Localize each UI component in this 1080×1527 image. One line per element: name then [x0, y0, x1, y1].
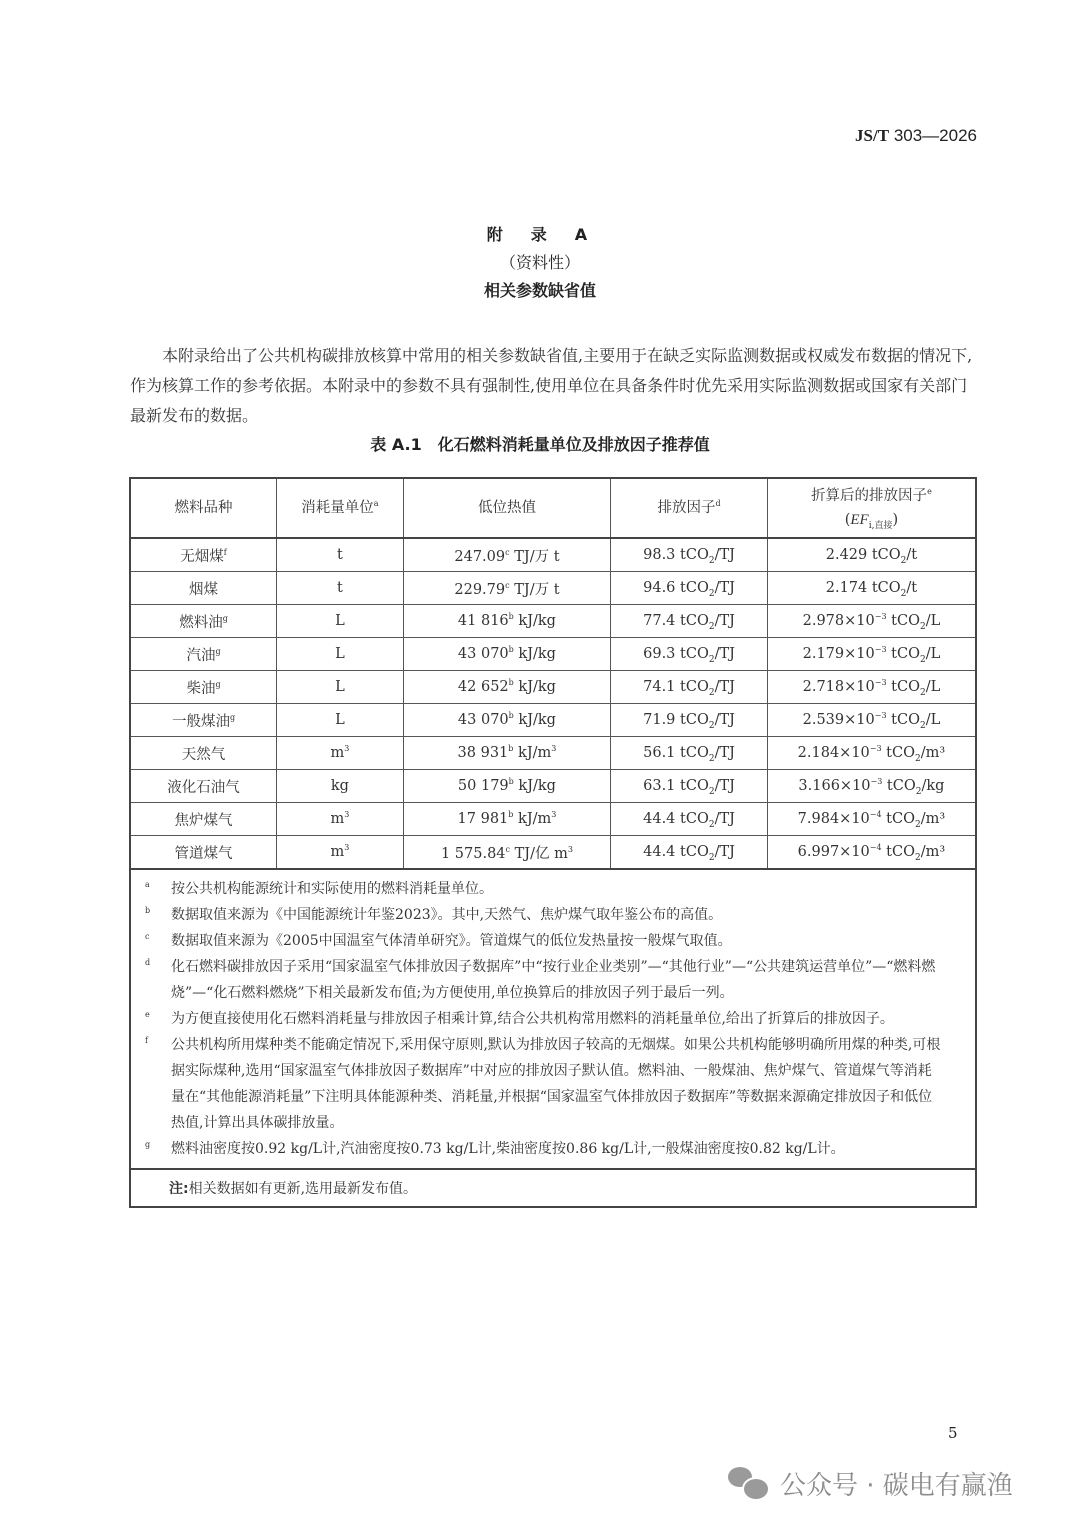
cell-unit: t	[277, 538, 404, 572]
cell-ef: 94.6 tCO2/TJ	[611, 572, 768, 605]
header-fuel: 燃料品种	[130, 478, 277, 538]
cell-converted-ef: 2.184×10−3 tCO2/m³	[767, 737, 976, 770]
appendix-name: 相关参数缺省值	[0, 278, 1080, 306]
header-converted-ef: 折算后的排放因子e (EFi,直接)	[767, 478, 976, 538]
cell-converted-ef: 7.984×10−4 tCO2/m³	[767, 803, 976, 836]
cell-fuel: 汽油g	[130, 638, 277, 671]
cell-ncv: 42 652b kJ/kg	[403, 671, 611, 704]
table-row: 烟煤t229.79c TJ/万 t94.6 tCO2/TJ2.174 tCO2/…	[130, 572, 976, 605]
cell-converted-ef: 3.166×10−3 tCO2/kg	[767, 770, 976, 803]
table-remark: 注:相关数据如有更新,选用最新发布值。	[130, 1169, 976, 1207]
watermark-text: 公众号 · 碳电有赢渔	[780, 1465, 1013, 1502]
cell-fuel: 液化石油气	[130, 770, 277, 803]
cell-ef: 77.4 tCO2/TJ	[611, 605, 768, 638]
cell-ncv: 247.09c TJ/万 t	[403, 538, 611, 572]
appendix-title: 附 录 A	[0, 222, 1080, 250]
cell-ncv: 229.79c TJ/万 t	[403, 572, 611, 605]
intro-paragraph: 本附录给出了公共机构碳排放核算中常用的相关参数缺省值,主要用于在缺乏实际监测数据…	[130, 341, 980, 431]
cell-fuel: 燃料油g	[130, 605, 277, 638]
cell-unit: m3	[277, 803, 404, 836]
cell-unit: L	[277, 671, 404, 704]
cell-ef: 74.1 tCO2/TJ	[611, 671, 768, 704]
cell-unit: L	[277, 704, 404, 737]
cell-converted-ef: 2.174 tCO2/t	[767, 572, 976, 605]
table-row: 焦炉煤气m317 981b kJ/m344.4 tCO2/TJ7.984×10−…	[130, 803, 976, 836]
table-footnote: a按公共机构能源统计和实际使用的燃料消耗量单位。	[171, 876, 945, 902]
table-footnote: e为方便直接使用化石燃料消耗量与排放因子相乘计算,结合公共机构常用燃料的消耗量单…	[171, 1006, 945, 1032]
cell-ef: 44.4 tCO2/TJ	[611, 836, 768, 870]
cell-fuel: 天然气	[130, 737, 277, 770]
cell-unit: t	[277, 572, 404, 605]
table-footnote: d化石燃料碳排放因子采用“国家温室气体排放因子数据库”中“按行业企业类别”—“其…	[171, 954, 945, 1006]
table-row: 液化石油气kg50 179b kJ/kg63.1 tCO2/TJ3.166×10…	[130, 770, 976, 803]
cell-converted-ef: 2.179×10−3 tCO2/L	[767, 638, 976, 671]
cell-ncv: 50 179b kJ/kg	[403, 770, 611, 803]
cell-unit: m3	[277, 737, 404, 770]
table-notes-row: a按公共机构能源统计和实际使用的燃料消耗量单位。b数据取值来源为《中国能源统计年…	[130, 869, 976, 1169]
table-footnote: b数据取值来源为《中国能源统计年鉴2023》。其中,天然气、焦炉煤气取年鉴公布的…	[171, 902, 945, 928]
table-row: 柴油gL42 652b kJ/kg74.1 tCO2/TJ2.718×10−3 …	[130, 671, 976, 704]
cell-ef: 44.4 tCO2/TJ	[611, 803, 768, 836]
cell-converted-ef: 2.978×10−3 tCO2/L	[767, 605, 976, 638]
cell-converted-ef: 6.997×10−4 tCO2/m³	[767, 836, 976, 870]
appendix-heading: 附 录 A （资料性） 相关参数缺省值	[0, 222, 1080, 306]
table-caption: 表 A.1 化石燃料消耗量单位及排放因子推荐值	[0, 432, 1080, 455]
cell-converted-ef: 2.429 tCO2/t	[767, 538, 976, 572]
appendix-type: （资料性）	[0, 250, 1080, 278]
table-footnote: g燃料油密度按0.92 kg/L计,汽油密度按0.73 kg/L计,柴油密度按0…	[171, 1136, 945, 1162]
cell-fuel: 烟煤	[130, 572, 277, 605]
cell-fuel: 一般煤油g	[130, 704, 277, 737]
table-row: 天然气m338 931b kJ/m356.1 tCO2/TJ2.184×10−3…	[130, 737, 976, 770]
header-unit: 消耗量单位a	[277, 478, 404, 538]
cell-ncv: 41 816b kJ/kg	[403, 605, 611, 638]
cell-unit: m3	[277, 836, 404, 870]
wechat-icon	[728, 1467, 768, 1501]
cell-ncv: 38 931b kJ/m3	[403, 737, 611, 770]
cell-fuel: 无烟煤f	[130, 538, 277, 572]
table-footnote: f公共机构所用煤种类不能确定情况下,采用保守原则,默认为排放因子较高的无烟煤。如…	[171, 1032, 945, 1136]
cell-ef: 69.3 tCO2/TJ	[611, 638, 768, 671]
cell-fuel: 柴油g	[130, 671, 277, 704]
header-ef: 排放因子d	[611, 478, 768, 538]
cell-ef: 98.3 tCO2/TJ	[611, 538, 768, 572]
table-row: 燃料油gL41 816b kJ/kg77.4 tCO2/TJ2.978×10−3…	[130, 605, 976, 638]
standard-number: 303—2026	[894, 126, 977, 145]
table-row: 一般煤油gL43 070b kJ/kg71.9 tCO2/TJ2.539×10−…	[130, 704, 976, 737]
cell-fuel: 管道煤气	[130, 836, 277, 870]
cell-ncv: 17 981b kJ/m3	[403, 803, 611, 836]
table-footnote: c数据取值来源为《2005中国温室气体清单研究》。管道煤气的低位发热量按一般煤气…	[171, 928, 945, 954]
table-row: 汽油gL43 070b kJ/kg69.3 tCO2/TJ2.179×10−3 …	[130, 638, 976, 671]
cell-unit: kg	[277, 770, 404, 803]
emission-factor-table: 燃料品种 消耗量单位a 低位热值 排放因子d 折算后的排放因子e (EFi,直接…	[129, 477, 977, 1208]
cell-ef: 56.1 tCO2/TJ	[611, 737, 768, 770]
cell-ncv: 1 575.84c TJ/亿 m3	[403, 836, 611, 870]
header-ncv: 低位热值	[403, 478, 611, 538]
table-remark-row: 注:相关数据如有更新,选用最新发布值。	[130, 1169, 976, 1207]
cell-fuel: 焦炉煤气	[130, 803, 277, 836]
cell-ef: 71.9 tCO2/TJ	[611, 704, 768, 737]
watermark: 公众号 · 碳电有赢渔	[728, 1465, 1013, 1502]
table-row: 无烟煤ft247.09c TJ/万 t98.3 tCO2/TJ2.429 tCO…	[130, 538, 976, 572]
cell-ncv: 43 070b kJ/kg	[403, 704, 611, 737]
cell-unit: L	[277, 605, 404, 638]
cell-unit: L	[277, 638, 404, 671]
standard-code: JS/T 303—2026	[855, 126, 977, 146]
standard-prefix: JS/T	[855, 126, 889, 145]
page-number: 5	[948, 1424, 958, 1442]
table-notes: a按公共机构能源统计和实际使用的燃料消耗量单位。b数据取值来源为《中国能源统计年…	[130, 869, 976, 1169]
cell-ncv: 43 070b kJ/kg	[403, 638, 611, 671]
table-header-row: 燃料品种 消耗量单位a 低位热值 排放因子d 折算后的排放因子e (EFi,直接…	[130, 478, 976, 538]
table-row: 管道煤气m31 575.84c TJ/亿 m344.4 tCO2/TJ6.997…	[130, 836, 976, 870]
cell-converted-ef: 2.539×10−3 tCO2/L	[767, 704, 976, 737]
cell-ef: 63.1 tCO2/TJ	[611, 770, 768, 803]
cell-converted-ef: 2.718×10−3 tCO2/L	[767, 671, 976, 704]
